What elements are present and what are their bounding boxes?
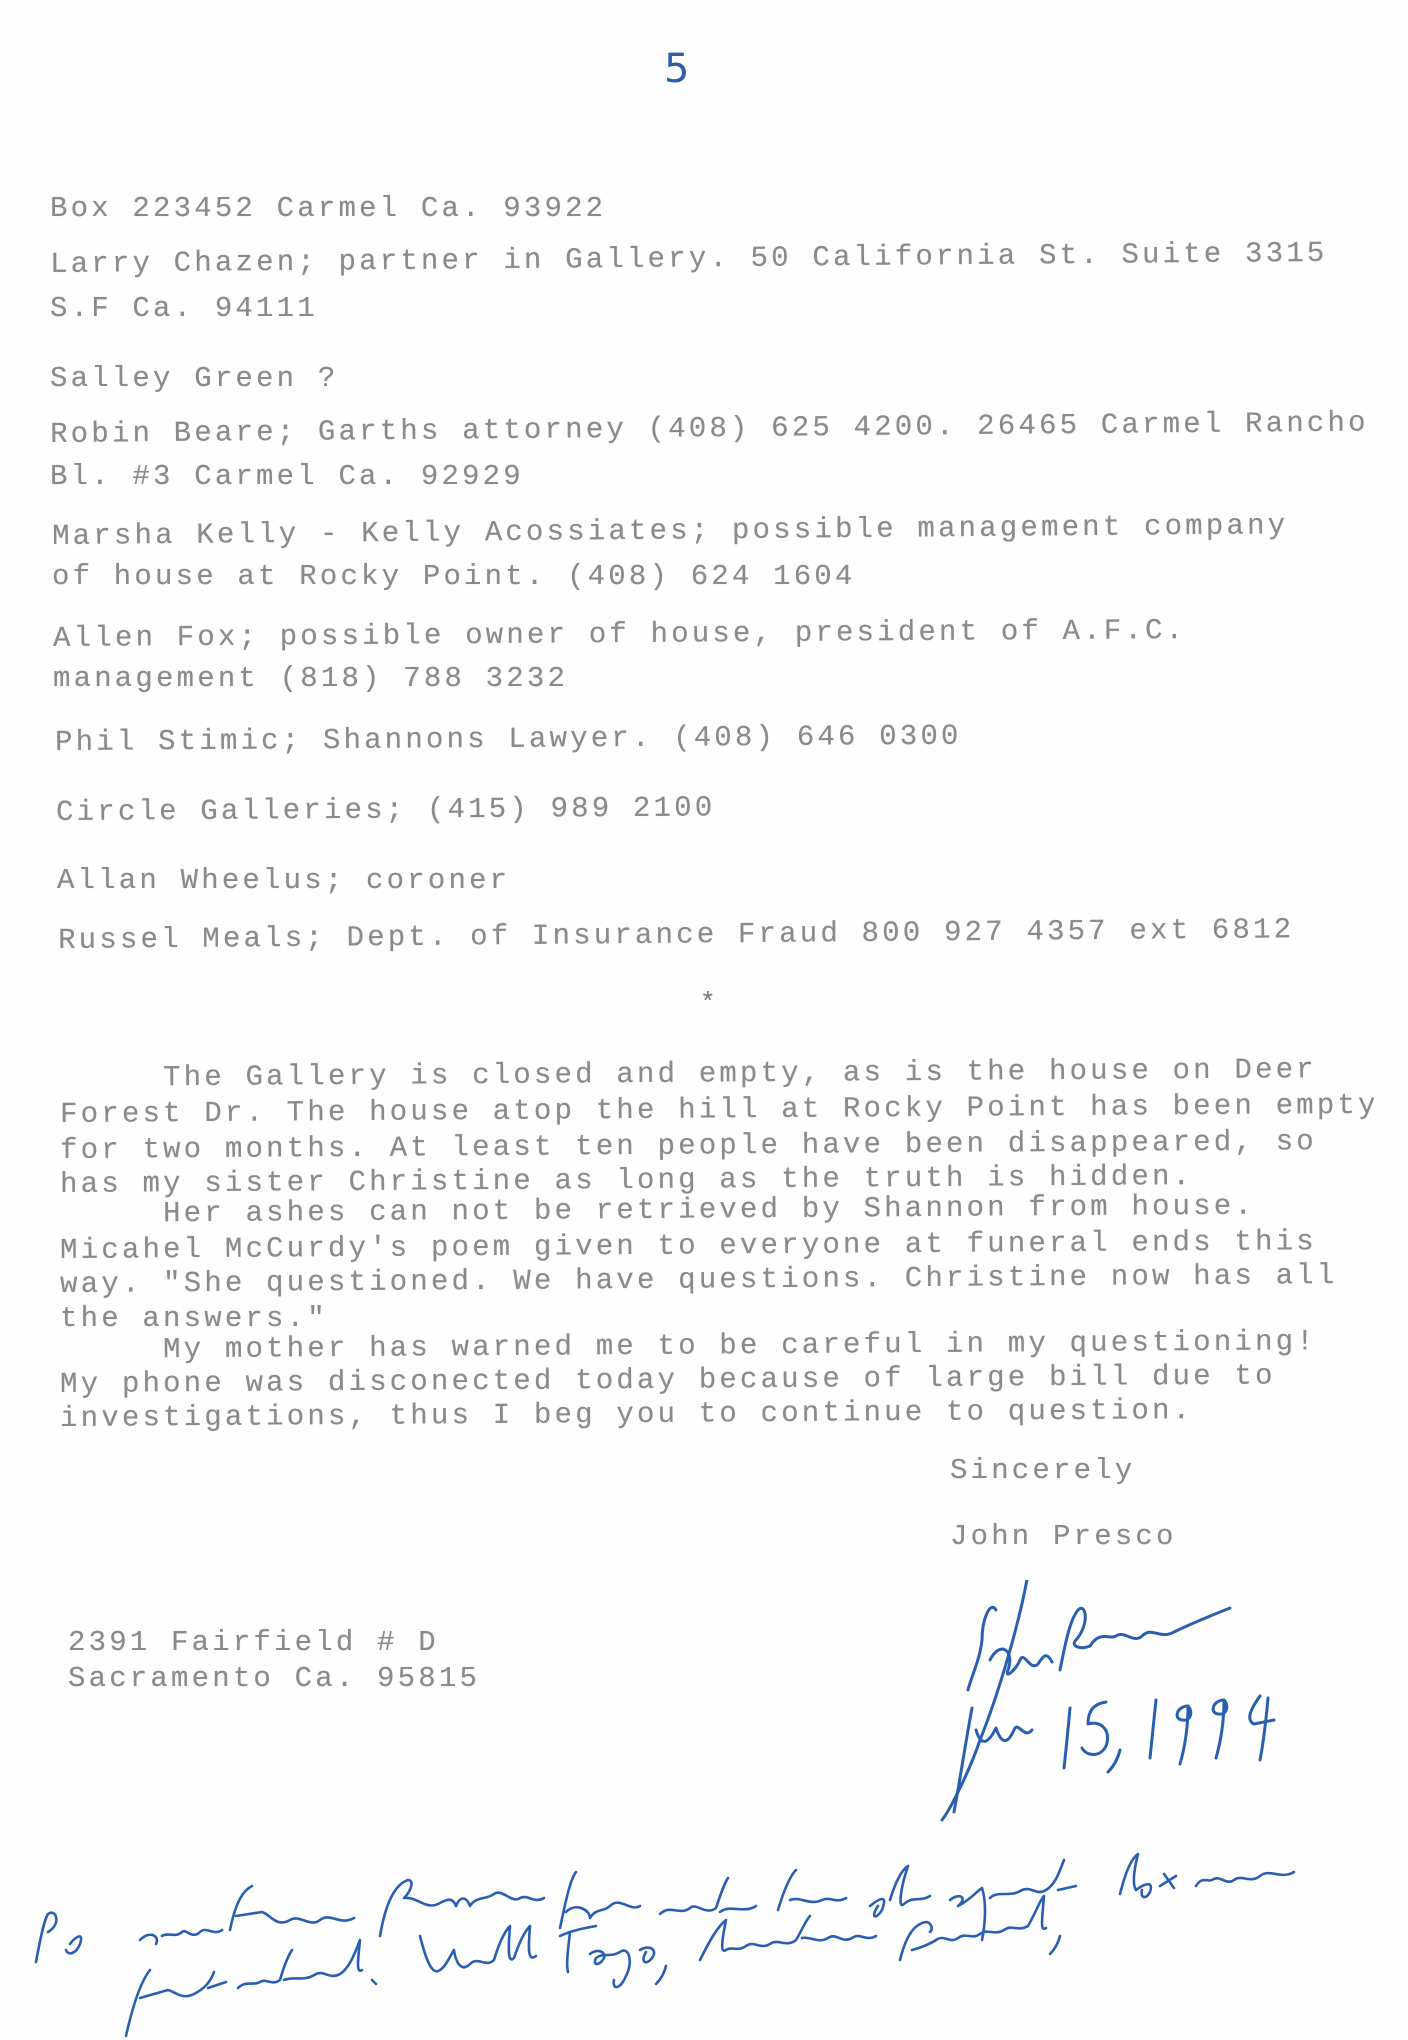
body-line: My phone was disconected today because o… [60, 1362, 1276, 1399]
contact-russel-meals: Russel Meals; Dept. of Insurance Fraud 8… [58, 915, 1294, 955]
contact-allen-fox-line2: management (818) 788 3232 [53, 664, 568, 693]
body-line: Micahel McCurdy's poem given to everyone… [60, 1227, 1317, 1265]
contact-allen-fox-line1: Allen Fox; possible owner of house, pres… [53, 616, 1186, 653]
body-line: way. "She questioned. We have questions.… [60, 1261, 1338, 1299]
section-separator: * [700, 990, 719, 1016]
contact-robin-beare-line2: Bl. #3 Carmel Ca. 92929 [50, 462, 524, 491]
sender-address-line1: 2391 Fairfield # D [68, 1628, 439, 1657]
body-line: The Gallery is closed and empty, as is t… [60, 1055, 1317, 1093]
contact-phil-stimic: Phil Stimic; Shannons Lawyer. (408) 646 … [55, 722, 962, 757]
typed-signature-name: John Presco [950, 1522, 1177, 1551]
contact-robin-beare-line1: Robin Beare; Garths attorney (408) 625 4… [50, 408, 1369, 449]
contact-box-address: Box 223452 Carmel Ca. 93922 [50, 194, 606, 223]
contact-marsha-kelly-line2: of house at Rocky Point. (408) 624 1604 [52, 562, 856, 591]
body-line: investigations, thus I beg you to contin… [60, 1396, 1193, 1433]
body-line: Her ashes can not be retrieved by Shanno… [60, 1192, 1255, 1229]
body-line: the answers." [60, 1304, 328, 1333]
contact-circle-galleries: Circle Galleries; (415) 989 2100 [56, 793, 715, 827]
contact-larry-chazen-line2: S.F Ca. 94111 [50, 294, 318, 323]
body-line: Forest Dr. The house atop the hill at Ro… [60, 1091, 1379, 1129]
contact-salley-green: Salley Green ? [50, 364, 338, 393]
closing-salutation: Sincerely [950, 1456, 1135, 1485]
body-line: for two months. At least ten people have… [60, 1127, 1317, 1165]
body-line: My mother has warned me to be careful in… [60, 1327, 1317, 1365]
letter-page: 5 Box 223452 Carmel Ca. 93922 Larry Chaz… [0, 0, 1408, 2040]
contact-allan-wheelus: Allan Wheelus; coroner [57, 866, 510, 895]
contact-larry-chazen-line1: Larry Chazen; partner in Gallery. 50 Cal… [50, 239, 1328, 279]
sender-address-line2: Sacramento Ca. 95815 [68, 1664, 480, 1693]
page-number: 5 [664, 46, 689, 92]
contact-marsha-kelly-line1: Marsha Kelly - Kelly Acossiates; possibl… [52, 511, 1288, 551]
